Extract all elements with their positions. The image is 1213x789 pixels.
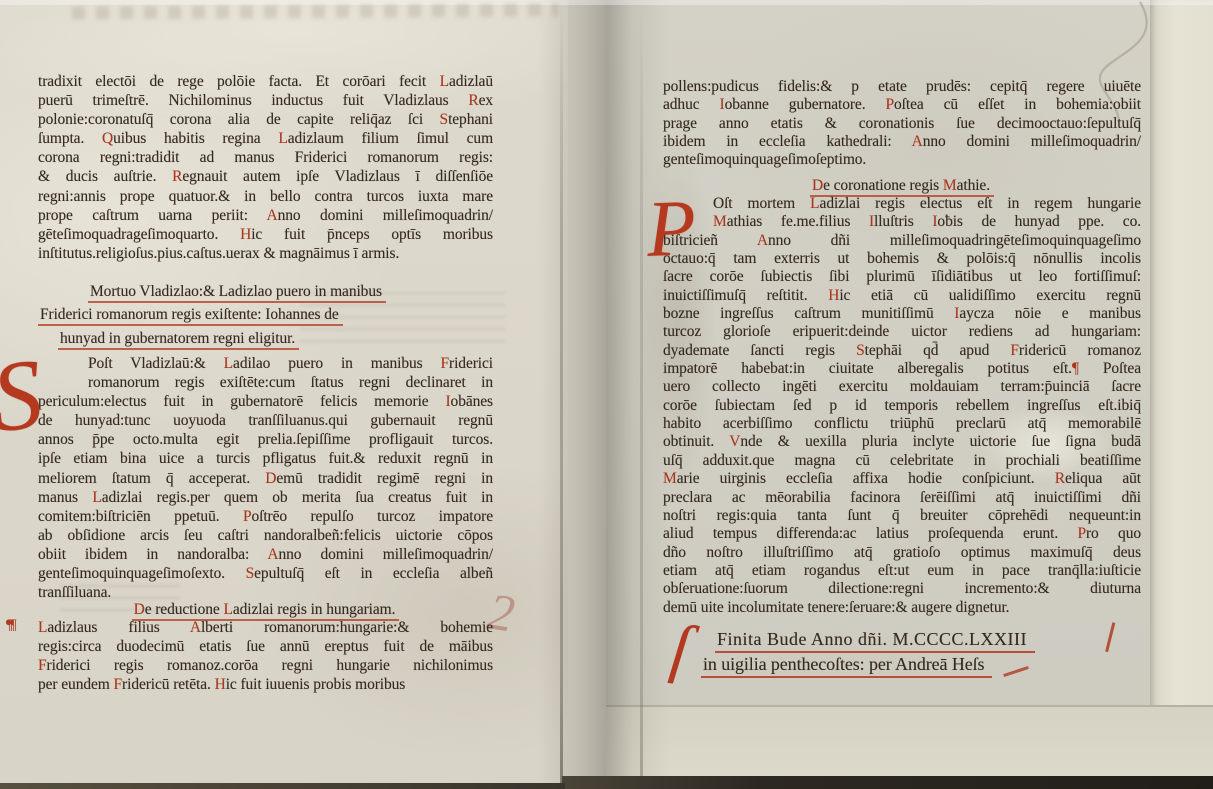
rubricated-capital: D — [265, 470, 276, 487]
rubricated-capital: I — [869, 213, 874, 230]
text-line: Mathias fe.me.filius Illuſtris Ioƀis de … — [663, 213, 1141, 231]
text-line: bozne ingreſſus caſtrum munitiſſimū Iayc… — [663, 305, 1141, 323]
text-line: uero collecto ingēti exercitu moldauiam … — [663, 378, 1141, 396]
text-line: obtinuit. Vnde & uexilla pluria inclyte … — [663, 433, 1141, 451]
rubricated-capital: S — [856, 342, 865, 359]
text-line: ſacre corōe ſubiectis ſibi plurimū īſidi… — [663, 268, 1141, 286]
rubricated-capital: R — [1055, 470, 1065, 487]
rubricated-capital: F — [1010, 342, 1019, 359]
rubricated-capital: P — [885, 96, 894, 113]
text-line: per eundem Fridericū retēta. Hic fuit iu… — [38, 675, 493, 694]
rubricated-capital: L — [224, 355, 233, 372]
rubricated-capital: F — [38, 657, 47, 674]
text-line: ab obſidione arcis ſeu caſtri nandoralbe… — [38, 526, 493, 545]
text-line: Oſt mortem Ladizlai regis electus eſt in… — [663, 195, 1141, 213]
text-line: romanorum regis exiſtēte:cum ſtatus regn… — [38, 373, 493, 392]
text-line: meliorem ſtatum q̄ acceperat. Demū tradi… — [38, 469, 493, 488]
text-line: impatorē habebat:in ciuitate alberegalis… — [663, 360, 1141, 378]
text-line: habito acerbiſſimo conflictu triūphū pre… — [663, 415, 1141, 433]
text-line: dño noſtro illuſtriſſimo atq̄ gratioſo o… — [663, 544, 1141, 562]
text-line: ſumpta. Quibus habitis regina Ladizlaum … — [38, 129, 493, 148]
right-paragraph-ladislaus-death: pollens:pudicus fidelis:& p etate prudēs… — [663, 78, 1141, 170]
text-line: biſtricieñ Anno dñi milleſimoquadringēte… — [663, 232, 1141, 250]
gutter-crease — [640, 0, 643, 789]
text-line: dyademate ſancti regis Stephāi qd̄ apud … — [663, 342, 1141, 360]
text-line: in uigilia penthecoſtes: per Andreā Heſs — [701, 653, 992, 678]
binding-shadow-strip — [562, 776, 1213, 789]
rubricated-capital: H — [828, 287, 839, 304]
rubricated-capital: P — [1077, 525, 1086, 542]
rubricated-capital: ¶ — [1072, 360, 1079, 377]
rubricated-capital: S — [440, 111, 449, 128]
text-line: octauo:q̄ tam exterris ut bohemis & polō… — [663, 250, 1141, 268]
text-line: periculum:electus fuit in gubernatorē fe… — [38, 392, 493, 411]
text-line: annos p̄pe octo.multa egit prelia.ſepiſſ… — [38, 430, 493, 449]
right-paragraph-matthias: Oſt mortem Ladizlai regis electus eſt in… — [663, 195, 1141, 617]
left-paragraph-ladislaus: Ladizlaus filius Alberti romanorum:hunga… — [38, 618, 493, 694]
left-paragraph-hunyadi: Poſt Vladizlaū:& Ladilao puero in manibu… — [38, 354, 493, 602]
text-line: etiam atq̄ etiam rogandus eſt:ut eum in … — [663, 562, 1141, 580]
rubricated-capital: M — [663, 470, 677, 487]
gutter-crease — [560, 0, 563, 789]
rubricated-capital: M — [713, 213, 727, 230]
rubricated-capital: F — [114, 676, 123, 693]
right-paragraph-matthias-block: P Oſt mortem Ladizlai regis electus eſt … — [663, 195, 1141, 617]
text-line: corona regni:tradidit ad manus Friderici… — [38, 148, 493, 167]
pilcrow-marks: ¶¶ — [6, 617, 14, 634]
text-line: inuictiſſimuſq̄ reſtitit. Hic etiā cū ua… — [663, 287, 1141, 305]
rubricated-capital: A — [267, 546, 278, 563]
rubricated-capital: Q — [102, 130, 113, 147]
book-scan: 2 tradixit electōi de rege polōie facta.… — [0, 0, 1213, 789]
rubricated-capital: L — [92, 489, 101, 506]
rubricated-capital: F — [441, 355, 450, 372]
text-line: gēteſimoquadrageſimoquarto. Hic fuit p̄n… — [38, 225, 493, 244]
rubricated-capital: P — [243, 508, 252, 525]
text-line: regis:circa duodecimū etatis ſue annū er… — [38, 637, 493, 656]
text-line: obſeruatione:ſuorum dilectione:regni inc… — [663, 580, 1141, 598]
text-line: genteſimoquinquageſimoſeptimo. — [663, 151, 1141, 169]
rubric-heading-governor-election: Mortuo Vladizlao:& Ladizlao puero in man… — [38, 282, 493, 352]
text-line: Marie uirginis eccleſia affixa hodie con… — [663, 470, 1141, 488]
text-line: Poſt Vladizlaū:& Ladilao puero in manibu… — [38, 354, 493, 373]
text-line: ipſe etiam bina uice a turcis pfligatus … — [38, 449, 493, 468]
text-line: Ladizlaus filius Alberti romanorum:hunga… — [38, 618, 493, 637]
binding-shadow-strip — [0, 783, 565, 789]
text-line: uſq̄ adduxit.que magna cū celebritate in… — [663, 452, 1141, 470]
text-line: corōe ſubiectam ſed p id temporis rebell… — [663, 397, 1141, 415]
text-line: manus Ladizlai regis.per quem ob merita … — [38, 488, 493, 507]
text-line: hunyad in gubernatorem regni eligitur. — [58, 329, 299, 350]
colophon-lines: Finita Bude Anno dñi. M.CCCC.LXXIIIin ui… — [693, 628, 1133, 678]
text-line: inſtitutus.religioſus.pius.caſtus.uerax … — [38, 244, 493, 263]
rubricated-capital: D — [812, 177, 823, 194]
rubricated-capital: R — [172, 168, 182, 185]
rubricated-capital: D — [134, 601, 145, 618]
rubricated-capital: L — [38, 619, 47, 636]
underlying-page-edge-bottom — [606, 705, 1213, 783]
page-top-highlight — [0, 0, 1213, 5]
rubricated-capital: S — [246, 565, 255, 582]
rubricated-capital: L — [223, 601, 232, 618]
left-paragraph-vladislaus: tradixit electōi de rege polōie facta. E… — [38, 72, 493, 263]
rubricated-capital: I — [954, 305, 959, 322]
text-line: obiit ibidem in nandoralba: Anno domini … — [38, 545, 493, 564]
rubricated-capital: H — [215, 676, 226, 693]
text-line: polonie:coronatuſq̄ corona alia de capit… — [38, 110, 493, 129]
text-line: Friderici romanorum regis exiſtente: Ioh… — [38, 305, 343, 326]
rubricated-capital: H — [240, 226, 251, 243]
text-line: genteſimoquinquageſimoſexto. Sepultuſq̄ … — [38, 564, 493, 583]
rubricated-capital: V — [729, 433, 740, 450]
text-line: adhuc Iobanne gubernatore. Poſtea cū eſſ… — [663, 96, 1141, 114]
text-line: pollens:pudicus fidelis:& p etate prudēs… — [663, 78, 1141, 96]
rubricated-capital: L — [278, 130, 287, 147]
left-paragraph-hunyadi-block: S Poſt Vladizlaū:& Ladilao puero in mani… — [38, 354, 493, 602]
rubricated-capital: A — [190, 619, 201, 636]
text-line: de hunyad:tunc uoyuoda tranſſiluanus.qui… — [38, 411, 493, 430]
text-line: puerū trimeſtrē. Nichilominus inductus f… — [38, 91, 493, 110]
text-line: Finita Bude Anno dñi. M.CCCC.LXXIII — [715, 628, 1035, 653]
text-line: demū uite incolumitate tenere:ſeruare:& … — [663, 599, 1141, 617]
rubricated-capital: R — [468, 92, 478, 109]
left-paragraph-ladislaus-block: ¶¶ Ladizlaus filius Alberti romanorum:hu… — [38, 618, 493, 694]
text-line: preclara ac mēorabilia facinora ſerēiſſi… — [663, 489, 1141, 507]
text-line: comitem:biſtriciēn ppetuū. Poſtrēo repul… — [38, 507, 493, 526]
rubricated-capital: M — [943, 177, 957, 194]
text-line: Mortuo Vladizlao:& Ladizlao puero in man… — [88, 282, 386, 303]
lombard-initial-p: P — [646, 188, 698, 270]
rubricated-capital: I — [932, 213, 937, 230]
rubricated-capital: L — [810, 195, 819, 212]
text-line: tradixit electōi de rege polōie facta. E… — [38, 72, 493, 91]
rubricated-capital: A — [757, 232, 768, 249]
text-line: & ducis auſtrie. Regnauit autem ipſe Vla… — [38, 167, 493, 186]
text-line: turcoz glorioſe eripuerit:deinde uictor … — [663, 323, 1141, 341]
text-line: ibidem in eccleſia kathedrali: Anno domi… — [663, 133, 1141, 151]
gutter-shadow — [538, 0, 670, 789]
text-line: noſtri regis:quia tanta ſunt q̄ breuiter… — [663, 507, 1141, 525]
text-line: prage anno etatis & coronationis ſue dec… — [663, 115, 1141, 133]
rubricated-capital: I — [720, 96, 725, 113]
text-line: prope caſtrum uarna periit: Anno domini … — [38, 206, 493, 225]
rubricated-capital: I — [445, 393, 450, 410]
rubricated-capital: A — [912, 133, 923, 150]
rubricated-capital: A — [267, 207, 278, 224]
text-line: regni:annis prope quatuor.& in bello con… — [38, 187, 493, 206]
text-line: Friderici regis romanoz.corōa regni hung… — [38, 656, 493, 675]
colophon: ſ Finita Bude Anno dñi. M.CCCC.LXXIIIin … — [693, 628, 1133, 678]
text-line: aliud tempus differenda:ac latius proſeq… — [663, 525, 1141, 543]
rubricated-capital: L — [440, 73, 449, 90]
